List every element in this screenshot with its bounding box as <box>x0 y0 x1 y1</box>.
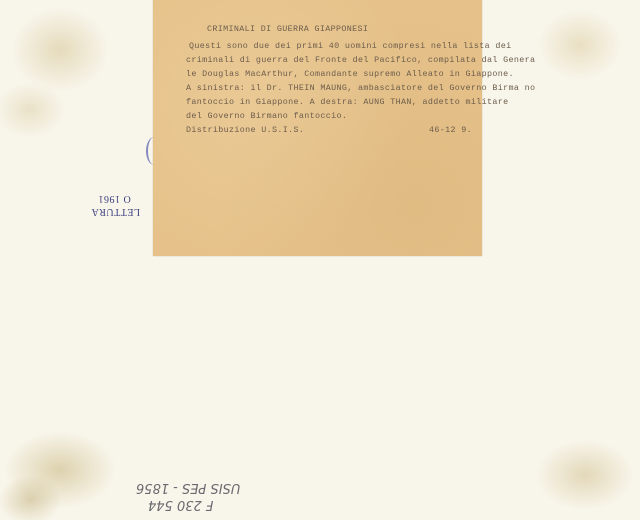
date-stamp: O 1961 <box>98 193 131 204</box>
caption-line-6: del Governo Birmano fantoccio. <box>186 112 347 120</box>
handwritten-note-1: USIS PES - 1856 <box>136 480 240 495</box>
caption-distribution: Distribuzione U.S.I.S. <box>186 126 304 134</box>
caption-slip: CRIMINALI DI GUERRA GIAPPONESI Questi so… <box>153 0 482 256</box>
caption-line-1: Questi sono due dei primi 40 uomini comp… <box>189 42 512 50</box>
stamp-arc-mark <box>146 137 162 165</box>
handwritten-note-2: F 230 544 <box>148 497 213 512</box>
lettura-stamp: LETTURA <box>91 206 140 217</box>
page-bottom-edge <box>0 520 640 526</box>
caption-line-5: fantoccio in Giappone. A destra: AUNG TH… <box>186 98 509 106</box>
caption-title: CRIMINALI DI GUERRA GIAPPONESI <box>207 25 368 33</box>
caption-line-4: A sinistra: il Dr. THEIN MAUNG, ambascia… <box>186 84 535 92</box>
caption-line-3: le Douglas MacArthur, Comandante supremo… <box>186 70 514 78</box>
caption-reference: 46-12 9. <box>429 126 472 134</box>
photo-back-page: CRIMINALI DI GUERRA GIAPPONESI Questi so… <box>0 0 640 526</box>
caption-line-2: criminali di guerra del Fronte del Pacif… <box>186 56 535 64</box>
